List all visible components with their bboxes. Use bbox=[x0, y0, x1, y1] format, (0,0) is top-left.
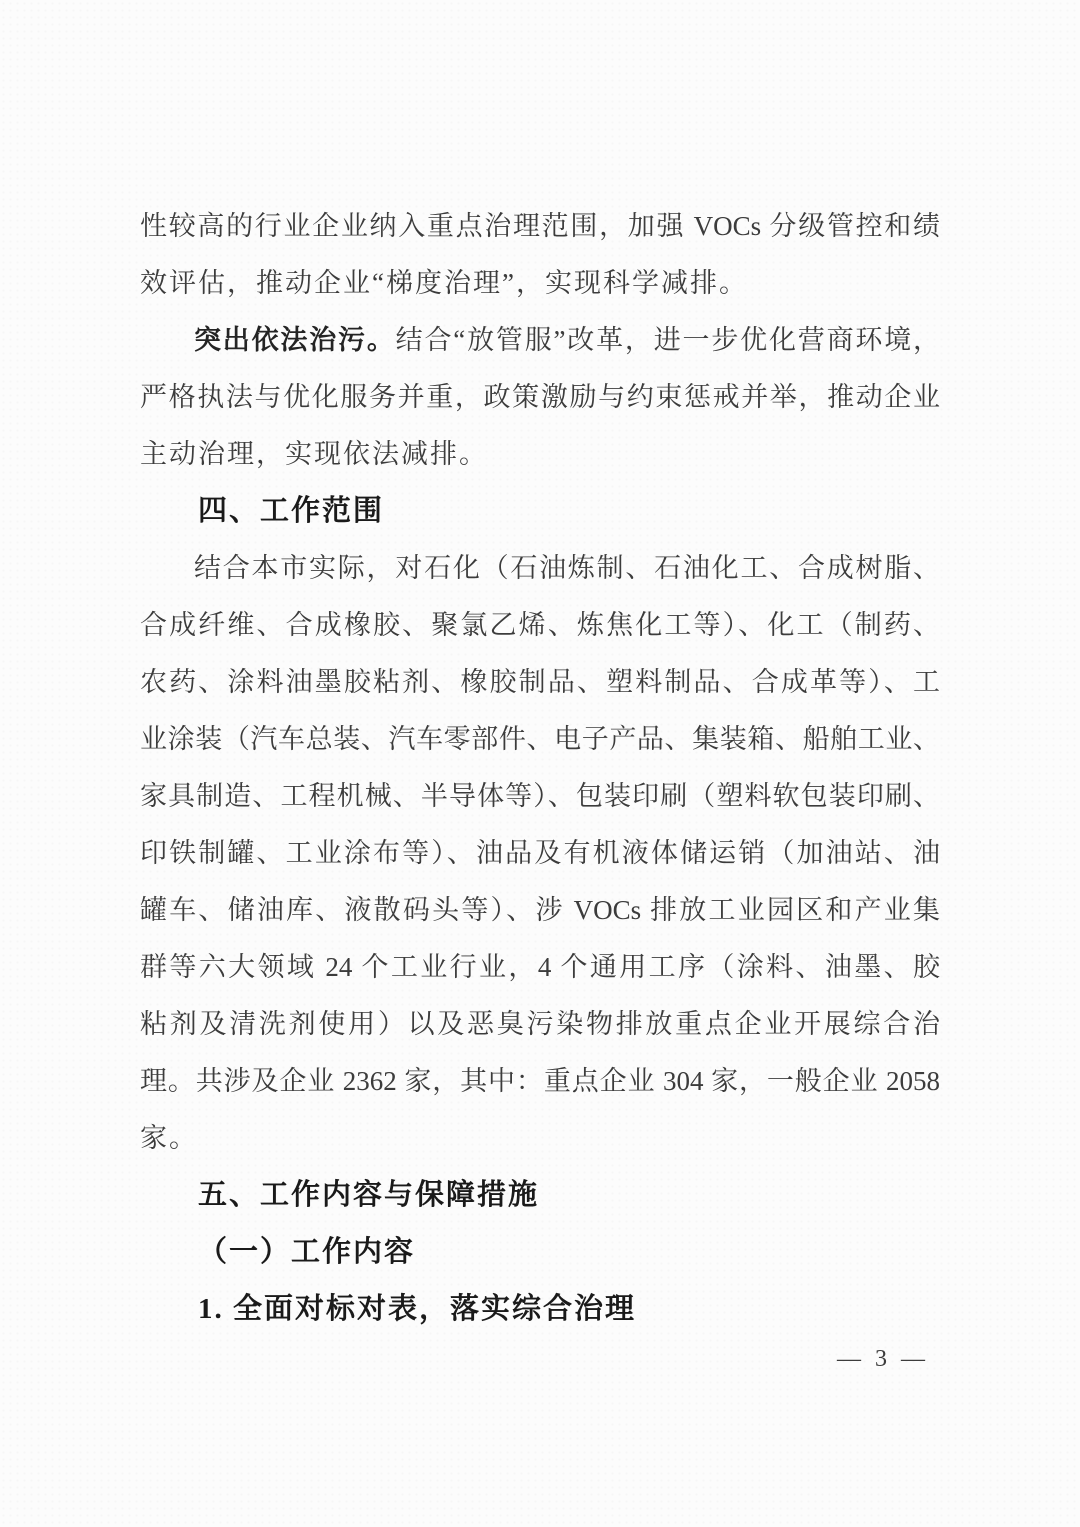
line-text: 农药、涂料油墨胶粘剂、橡胶制品、塑料制品、合成革等）、工 bbox=[140, 667, 940, 697]
text-line: 罐车、储油库、液散码头等）、涉 VOCs 排放工业园区和产业集 bbox=[140, 882, 940, 939]
line-text: 罐车、储油库、液散码头等）、涉 VOCs 排放工业园区和产业集 bbox=[140, 895, 940, 925]
line-text: 群等六大领域 24 个工业行业，4 个通用工序（涂料、油墨、胶 bbox=[140, 952, 940, 982]
text-line: 结合本市实际，对石化（石油炼制、石油化工、合成树脂、 bbox=[140, 540, 940, 597]
line-text: 业涂装（汽车总装、汽车零部件、电子产品、集装箱、船舶工业、 bbox=[140, 724, 940, 754]
line-text: 主动治理，实现依法减排。 bbox=[140, 439, 488, 469]
line-lead: 突出依法治污。 bbox=[194, 325, 396, 355]
text-line: （一）工作内容 bbox=[140, 1224, 940, 1281]
text-line: 效评估，推动企业“梯度治理”，实现科学减排。 bbox=[140, 255, 940, 312]
text-line: 四、工作范围 bbox=[140, 483, 940, 540]
text-line: 五、工作内容与保障措施 bbox=[140, 1167, 940, 1224]
line-text: 1. 全面对标对表，落实综合治理 bbox=[198, 1293, 636, 1325]
text-line: 1. 全面对标对表，落实综合治理 bbox=[140, 1281, 940, 1338]
line-text: 严格执法与优化服务并重，政策激励与约束惩戒并举，推动企业 bbox=[140, 382, 940, 412]
text-line: 印铁制罐、工业涂布等）、油品及有机液体储运销（加油站、油 bbox=[140, 825, 940, 882]
line-text: 结合本市实际，对石化（石油炼制、石油化工、合成树脂、 bbox=[194, 553, 940, 583]
line-text: 家具制造、工程机械、半导体等）、包装印刷（塑料软包装印刷、 bbox=[140, 781, 940, 811]
text-line: 突出依法治污。结合“放管服”改革，进一步优化营商环境， bbox=[140, 312, 940, 369]
line-text: 合成纤维、合成橡胶、聚氯乙烯、炼焦化工等）、化工（制药、 bbox=[140, 610, 940, 640]
text-line: 合成纤维、合成橡胶、聚氯乙烯、炼焦化工等）、化工（制药、 bbox=[140, 597, 940, 654]
document-body: 性较高的行业企业纳入重点治理范围，加强 VOCs 分级管控和绩效评估，推动企业“… bbox=[140, 198, 940, 1338]
line-text: 家。 bbox=[140, 1123, 198, 1153]
line-text: 印铁制罐、工业涂布等）、油品及有机液体储运销（加油站、油 bbox=[140, 838, 940, 868]
text-line: 主动治理，实现依法减排。 bbox=[140, 426, 940, 483]
line-text: 效评估，推动企业“梯度治理”，实现科学减排。 bbox=[140, 268, 748, 298]
text-line: 家。 bbox=[140, 1110, 940, 1167]
text-line: 理。共涉及企业 2362 家，其中：重点企业 304 家，一般企业 2058 bbox=[140, 1053, 940, 1110]
line-text: 结合“放管服”改革，进一步优化营商环境， bbox=[396, 325, 940, 355]
text-line: 群等六大领域 24 个工业行业，4 个通用工序（涂料、油墨、胶 bbox=[140, 939, 940, 996]
page-footer: — 3 — bbox=[837, 1346, 929, 1373]
line-text: （一）工作内容 bbox=[198, 1236, 415, 1268]
line-text: 性较高的行业企业纳入重点治理范围，加强 VOCs 分级管控和绩 bbox=[140, 211, 940, 241]
text-line: 农药、涂料油墨胶粘剂、橡胶制品、塑料制品、合成革等）、工 bbox=[140, 654, 940, 711]
page-number: — 3 — bbox=[837, 1346, 929, 1372]
line-text: 理。共涉及企业 2362 家，其中：重点企业 304 家，一般企业 2058 bbox=[140, 1066, 940, 1096]
line-text: 粘剂及清洗剂使用）以及恶臭污染物排放重点企业开展综合治 bbox=[140, 1009, 940, 1039]
document-page: { "colors":{ "paper":"#fcfcfc", "ink":"#… bbox=[0, 0, 1080, 1527]
text-line: 性较高的行业企业纳入重点治理范围，加强 VOCs 分级管控和绩 bbox=[140, 198, 940, 255]
line-text: 五、工作内容与保障措施 bbox=[198, 1179, 539, 1211]
line-text: 四、工作范围 bbox=[198, 495, 384, 527]
text-line: 家具制造、工程机械、半导体等）、包装印刷（塑料软包装印刷、 bbox=[140, 768, 940, 825]
text-line: 粘剂及清洗剂使用）以及恶臭污染物排放重点企业开展综合治 bbox=[140, 996, 940, 1053]
text-line: 业涂装（汽车总装、汽车零部件、电子产品、集装箱、船舶工业、 bbox=[140, 711, 940, 768]
text-line: 严格执法与优化服务并重，政策激励与约束惩戒并举，推动企业 bbox=[140, 369, 940, 426]
